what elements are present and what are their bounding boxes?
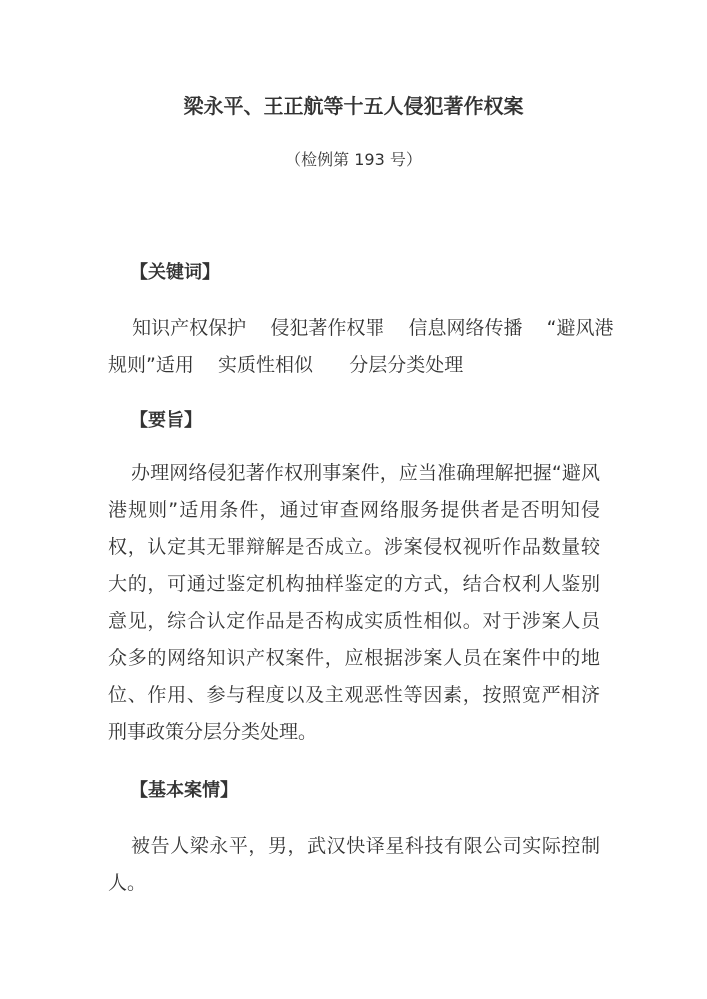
gist-heading: 【要旨】 — [130, 408, 202, 434]
basic-facts-paragraph: 被告人梁永平，男，武汉快译星科技有限公司实际控制人。 — [108, 828, 600, 902]
document-title: 梁永平、王正航等十五人侵犯著作权案 — [0, 92, 707, 120]
keywords-line-1: 知识产权保护 侵犯著作权罪 信息网络传播 “避风港 — [108, 310, 603, 347]
keywords-heading: 【关键词】 — [130, 260, 220, 286]
document-page: 梁永平、王正航等十五人侵犯著作权案 （检例第 193 号） 【关键词】 知识产权… — [0, 0, 707, 999]
keywords-line-2: 规则”适用 实质性相似 分层分类处理 — [108, 347, 603, 384]
document-case-number: （检例第 193 号） — [0, 148, 707, 172]
gist-paragraph: 办理网络侵犯著作权刑事案件，应当准确理解把握“避风港规则”适用条件，通过审查网络… — [108, 455, 600, 751]
basic-facts-heading: 【基本案情】 — [130, 778, 238, 804]
